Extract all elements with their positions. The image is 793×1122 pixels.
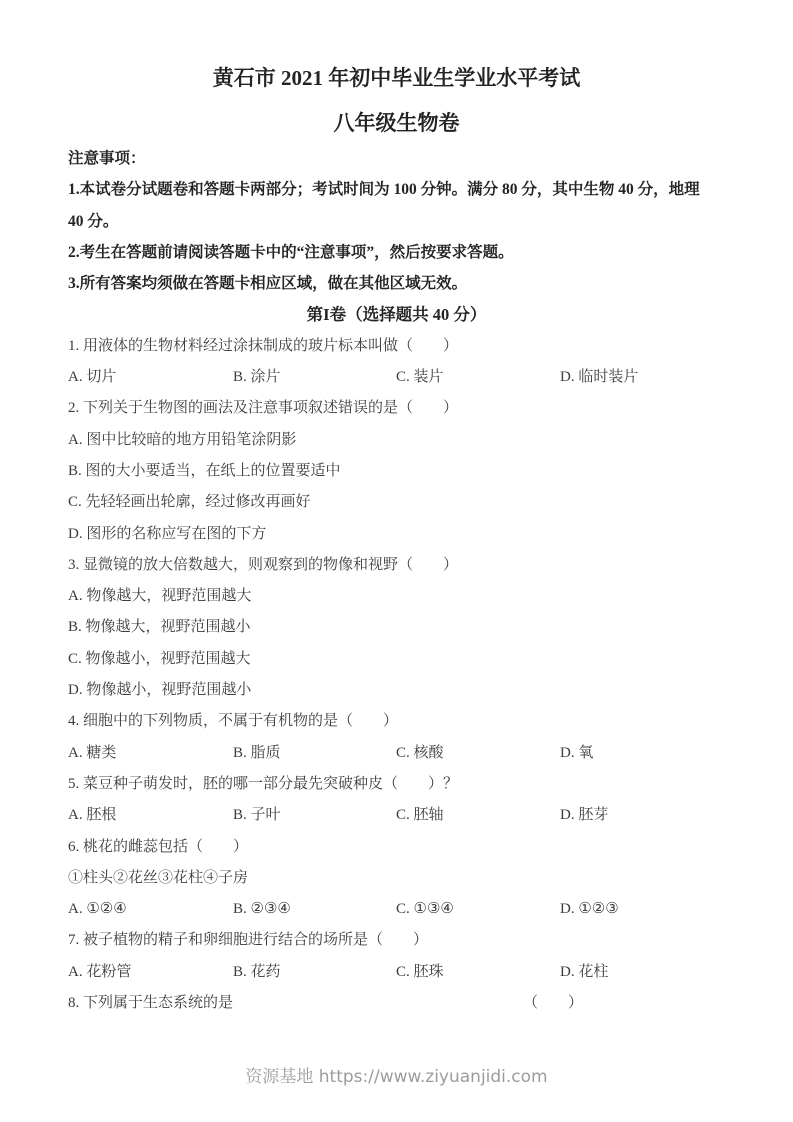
- question-7-options: A. 花粉管 B. 花药 C. 胚珠 D. 花柱: [68, 957, 725, 988]
- exam-paper-page: 黄石市 2021 年初中毕业生学业水平考试 八年级生物卷 注意事项： 1.本试卷…: [0, 0, 793, 1122]
- question-1-option-d: D. 临时装片: [560, 362, 725, 393]
- question-2-option-b: B. 图的大小要适当，在纸上的位置要适中: [68, 456, 725, 487]
- question-5-options: A. 胚根 B. 子叶 C. 胚轴 D. 胚芽: [68, 800, 725, 831]
- question-5-option-c: C. 胚轴: [396, 800, 560, 831]
- question-5-option-d: D. 胚芽: [560, 800, 725, 831]
- question-6-option-c: C. ①③④: [396, 894, 560, 925]
- notice-heading: 注意事项：: [68, 143, 725, 174]
- exam-title-line1: 黄石市 2021 年初中毕业生学业水平考试: [68, 62, 725, 94]
- exam-title-line2: 八年级生物卷: [68, 107, 725, 139]
- question-3-option-d: D. 物像越小，视野范围越小: [68, 675, 725, 706]
- question-6-option-b: B. ②③④: [233, 894, 396, 925]
- question-2-option-a: A. 图中比较暗的地方用铅笔涂阴影: [68, 425, 725, 456]
- question-6-option-d: D. ①②③: [560, 894, 725, 925]
- question-7-option-c: C. 胚珠: [396, 957, 560, 988]
- question-4-option-a: A. 糖类: [68, 738, 233, 769]
- question-1-option-a: A. 切片: [68, 362, 233, 393]
- question-6-numbered-items: ①柱头②花丝③花柱④子房: [68, 863, 725, 894]
- question-7-option-d: D. 花柱: [560, 957, 725, 988]
- question-7-option-a: A. 花粉管: [68, 957, 233, 988]
- question-4-options: A. 糖类 B. 脂质 C. 核酸 D. 氧: [68, 738, 725, 769]
- question-3-option-c: C. 物像越小，视野范围越大: [68, 644, 725, 675]
- notice-item-1: 1.本试卷分试题卷和答题卡两部分；考试时间为 100 分钟。满分 80 分，其中…: [68, 174, 725, 205]
- question-7-stem: 7. 被子植物的精子和卵细胞进行结合的场所是（ ）: [68, 925, 725, 956]
- question-7-option-b: B. 花药: [233, 957, 396, 988]
- question-6-options: A. ①②④ B. ②③④ C. ①③④ D. ①②③: [68, 894, 725, 925]
- question-2-option-c: C. 先轻轻画出轮廓，经过修改再画好: [68, 487, 725, 518]
- question-8-stem: 8. 下列属于生态系统的是: [68, 995, 233, 1011]
- question-8-answer-parentheses: （ ）: [523, 988, 583, 1019]
- question-2-stem: 2. 下列关于生物图的画法及注意事项叙述错误的是（ ）: [68, 393, 725, 424]
- question-4-option-b: B. 脂质: [233, 738, 396, 769]
- notice-item-3: 3.所有答案均须做在答题卡相应区域，做在其他区域无效。: [68, 268, 725, 299]
- section-1-header: 第I卷（选择题共 40 分）: [68, 299, 725, 330]
- notice-item-1-continued: 40 分。: [68, 206, 725, 237]
- question-2-option-d: D. 图形的名称应写在图的下方: [68, 519, 725, 550]
- question-4-stem: 4. 细胞中的下列物质，不属于有机物的是（ ）: [68, 706, 725, 737]
- watermark-footer: 资源基地 https://www.ziyuanjidi.com: [0, 1062, 793, 1092]
- question-3-option-a: A. 物像越大，视野范围越大: [68, 581, 725, 612]
- question-1-option-b: B. 涂片: [233, 362, 396, 393]
- question-5-option-a: A. 胚根: [68, 800, 233, 831]
- question-5-stem: 5. 菜豆种子萌发时，胚的哪一部分最先突破种皮（ ）？: [68, 769, 725, 800]
- notice-item-2: 2.考生在答题前请阅读答题卡中的“注意事项”，然后按要求答题。: [68, 237, 725, 268]
- question-4-option-d: D. 氧: [560, 738, 725, 769]
- question-5-option-b: B. 子叶: [233, 800, 396, 831]
- question-6-stem: 6. 桃花的雌蕊包括（ ）: [68, 832, 725, 863]
- question-8-row: 8. 下列属于生态系统的是 （ ）: [68, 988, 725, 1019]
- question-1-options: A. 切片 B. 涂片 C. 装片 D. 临时装片: [68, 362, 725, 393]
- question-1-stem: 1. 用液体的生物材料经过涂抹制成的玻片标本叫做（ ）: [68, 331, 725, 362]
- question-3-stem: 3. 显微镜的放大倍数越大，则观察到的物像和视野（ ）: [68, 550, 725, 581]
- question-4-option-c: C. 核酸: [396, 738, 560, 769]
- question-6-option-a: A. ①②④: [68, 894, 233, 925]
- question-3-option-b: B. 物像越大，视野范围越小: [68, 612, 725, 643]
- question-1-option-c: C. 装片: [396, 362, 560, 393]
